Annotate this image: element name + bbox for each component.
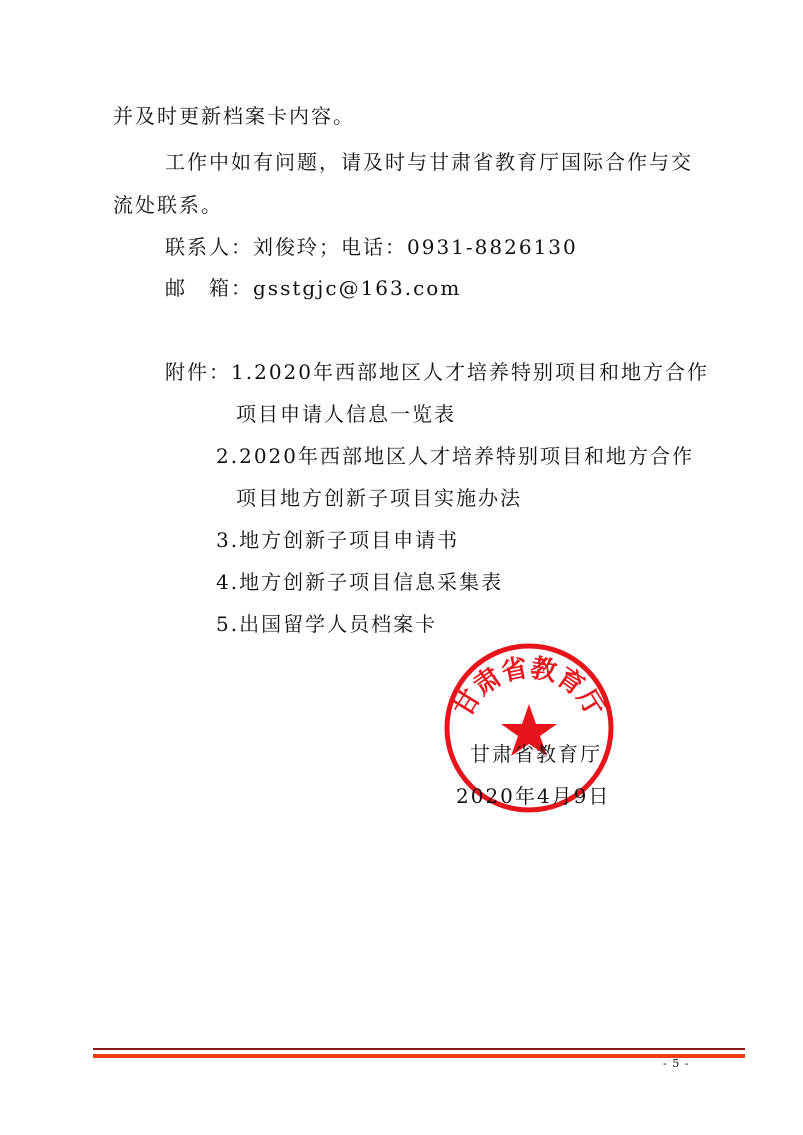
attachments-label: 附件： — [165, 360, 231, 384]
email-value: gsstgjc@163.com — [253, 276, 461, 300]
attachment-4: 4.地方创新子项目信息采集表 — [216, 570, 503, 594]
attachment-2: 2.2020年西部地区人才培养特别项目和地方合作 — [216, 444, 694, 468]
paragraph-line: 工作中如有问题，请及时与甘肃省教育厅国际合作与交 — [165, 150, 693, 174]
attachment-1-cont: 项目申请人信息一览表 — [236, 402, 456, 426]
footer-rule-thick — [93, 1054, 745, 1058]
footer-rule-thin — [93, 1048, 745, 1050]
attachment-5: 5.出国留学人员档案卡 — [216, 612, 437, 636]
email-line: 邮 箱：gsstgjc@163.com — [165, 276, 461, 300]
paragraph-line: 流处联系。 — [113, 193, 223, 217]
contact-line: 联系人：刘俊玲；电话：0931-8826130 — [165, 235, 578, 259]
signature-date: 2020年4月9日 — [456, 780, 610, 809]
signature-org: 甘肃省教育厅 — [470, 738, 602, 767]
paragraph-tail: 并及时更新档案卡内容。 — [113, 104, 355, 128]
attachment-2-cont: 项目地方创新子项目实施办法 — [236, 486, 522, 510]
page-number: - 5 - — [663, 1057, 689, 1070]
attachment-3: 3.地方创新子项目申请书 — [216, 528, 459, 552]
attachment-1: 附件：1.2020年西部地区人才培养特别项目和地方合作 — [165, 360, 709, 384]
email-label: 邮 箱： — [165, 276, 253, 300]
